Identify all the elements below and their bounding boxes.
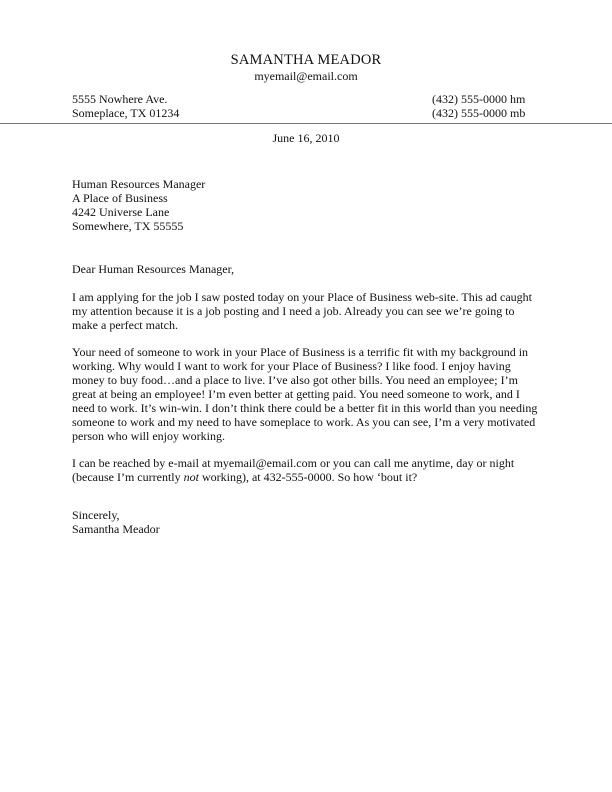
paragraph-line: I can be reached by e-mail at myemail@em… <box>72 456 542 470</box>
recipient-line: 4242 Universe Lane <box>72 205 205 219</box>
paragraph-2: Your need of someone to work in your Pla… <box>72 345 542 443</box>
closing-block: Sincerely, Samantha Meador <box>72 508 160 536</box>
closing-phrase: Sincerely, <box>72 508 160 522</box>
paragraph-3: I can be reached by e-mail at myemail@em… <box>72 456 542 484</box>
text-run: working), at 432-555-0000. So how ‘bout … <box>199 470 417 484</box>
paragraph-line: great at being an employee! I’m even bet… <box>72 387 542 401</box>
text-run: (because I’m currently <box>72 470 184 484</box>
phone-mobile: (432) 555-0000 mb <box>432 106 525 120</box>
paragraph-line: my attention because it is a job posting… <box>72 304 542 318</box>
paragraph-line: need to work. It’s win-win. I don’t thin… <box>72 401 542 415</box>
recipient-block: Human Resources Manager A Place of Busin… <box>72 177 205 233</box>
address-line: 5555 Nowhere Ave. <box>72 92 179 106</box>
address-line: Someplace, TX 01234 <box>72 106 179 120</box>
paragraph-1: I am applying for the job I saw posted t… <box>72 290 542 332</box>
emphasis-not: not <box>184 470 199 484</box>
salutation: Dear Human Resources Manager, <box>72 262 234 277</box>
header-divider <box>0 123 612 124</box>
paragraph-line: someone to work and my need to have some… <box>72 415 542 429</box>
recipient-line: Human Resources Manager <box>72 177 205 191</box>
sender-name: SAMANTHA MEADOR <box>0 52 612 69</box>
paragraph-line: (because I’m currently not working), at … <box>72 470 542 484</box>
paragraph-line: I am applying for the job I saw posted t… <box>72 290 542 304</box>
paragraph-line: money to buy food…and a place to live. I… <box>72 373 542 387</box>
sender-address: 5555 Nowhere Ave. Someplace, TX 01234 <box>72 92 179 120</box>
paragraph-line: working. Why would I want to work for yo… <box>72 359 542 373</box>
paragraph-line: Your need of someone to work in your Pla… <box>72 345 542 359</box>
sender-email: myemail@email.com <box>0 69 612 84</box>
paragraph-line: make a perfect match. <box>72 318 542 332</box>
sender-phones: (432) 555-0000 hm (432) 555-0000 mb <box>432 92 525 120</box>
phone-home: (432) 555-0000 hm <box>432 92 525 106</box>
signature-name: Samantha Meador <box>72 522 160 536</box>
recipient-line: A Place of Business <box>72 191 205 205</box>
letter-date: June 16, 2010 <box>0 131 612 146</box>
paragraph-line: person who will enjoy working. <box>72 429 542 443</box>
recipient-line: Somewhere, TX 55555 <box>72 219 205 233</box>
